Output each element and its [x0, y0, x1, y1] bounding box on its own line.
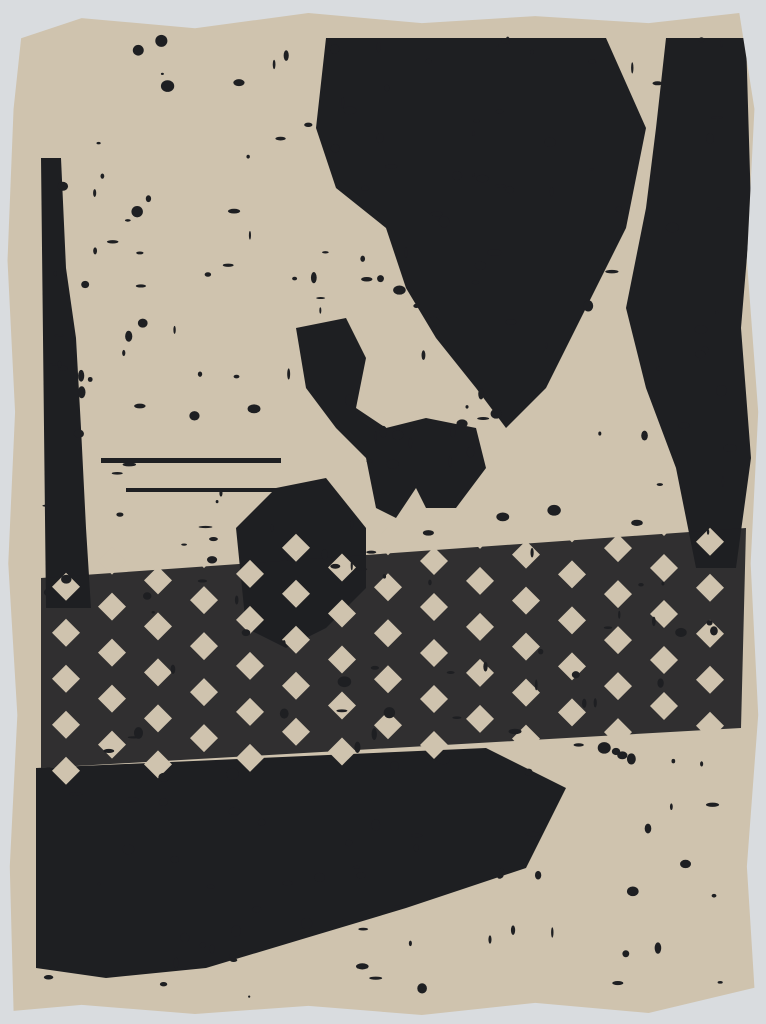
- left-post: [41, 158, 91, 608]
- ground: [36, 748, 566, 978]
- horizon-rail: [101, 458, 281, 463]
- foliage-upper: [316, 38, 646, 428]
- handmade-paper: [6, 8, 762, 1018]
- tree-right: [626, 38, 751, 568]
- ink-print: [6, 8, 762, 1018]
